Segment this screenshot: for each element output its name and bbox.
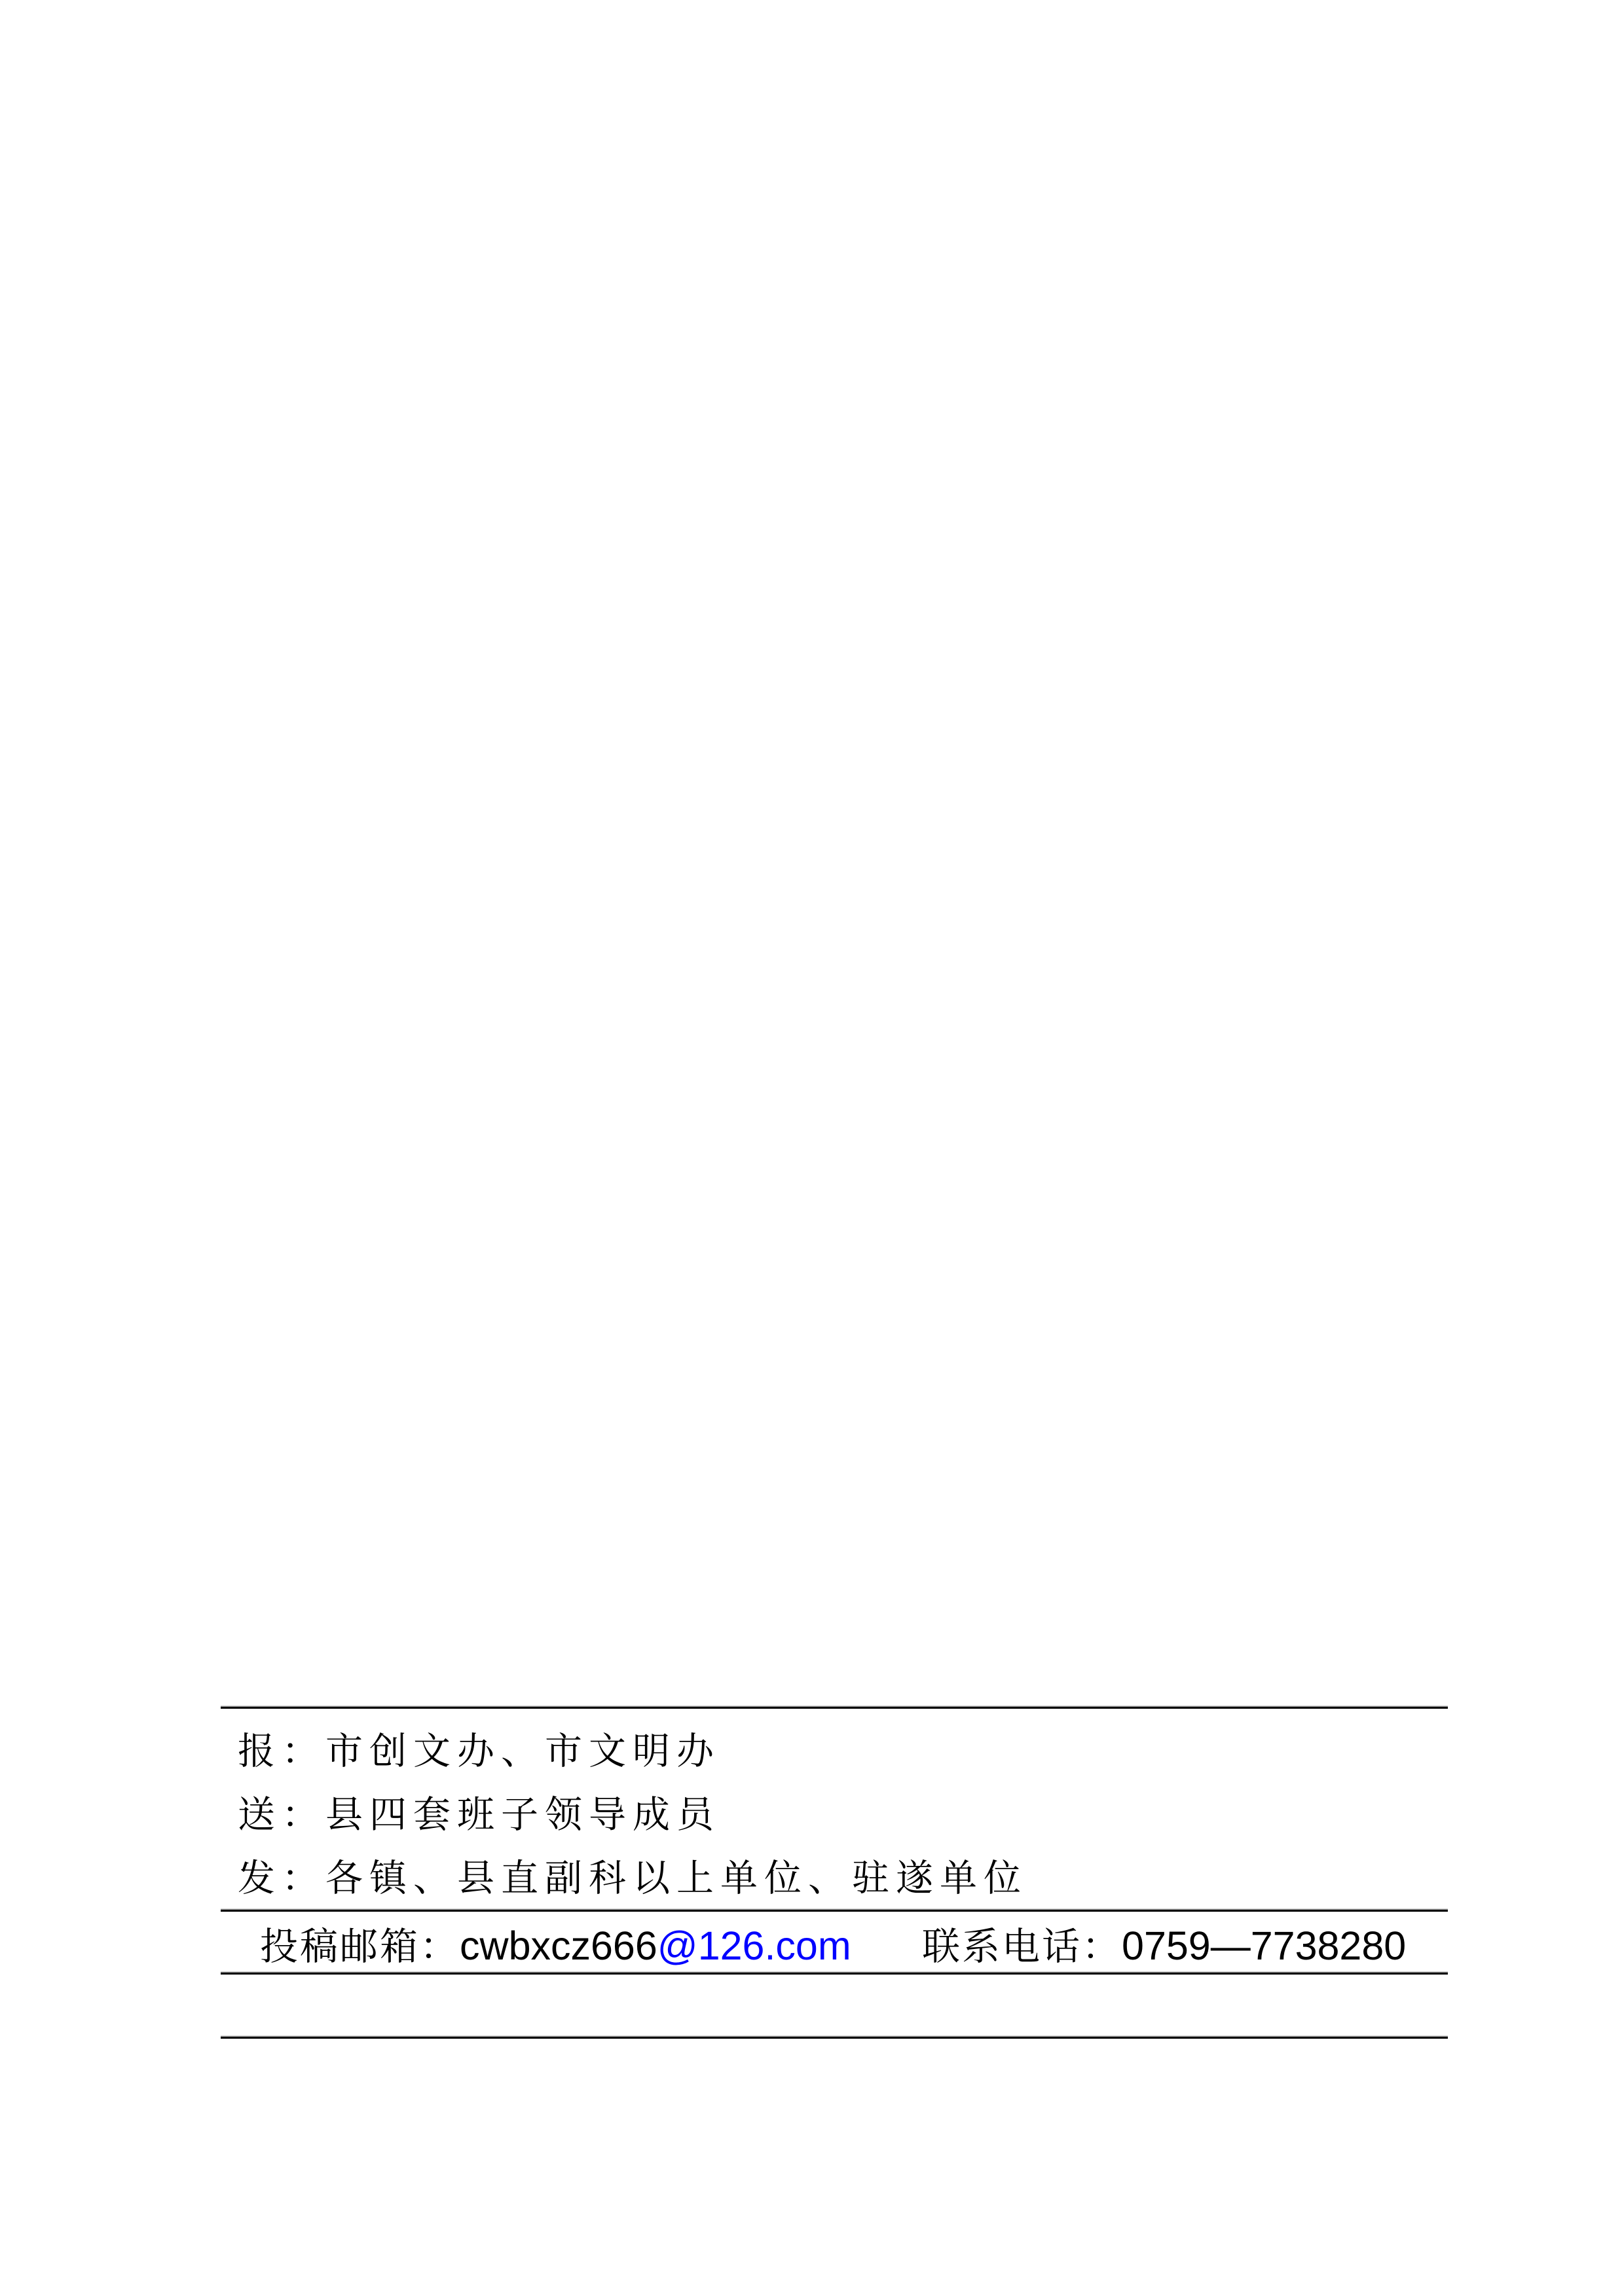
horizontal-rule-above-contact [221, 1910, 1448, 1912]
distribution-list: 报：市创文办、市文明办 送：县四套班子领导成员 发：各镇、县直副科以上单位、驻遂… [238, 1720, 1482, 1910]
email-label: 投稿邮箱： [260, 1925, 460, 1968]
horizontal-rule-below-contact [221, 1973, 1448, 1975]
email-domain-link[interactable]: @126.com [657, 1923, 851, 1968]
distribution-report-line: 报：市创文办、市文明办 [238, 1720, 1482, 1783]
horizontal-rule-top [221, 1707, 1448, 1709]
phone-label: 联系电话： [922, 1925, 1122, 1968]
email-user-part: cwbxcz666 [460, 1923, 657, 1968]
distribution-issue-line: 发：各镇、县直副科以上单位、驻遂单位 [238, 1847, 1482, 1910]
phone-number: 0759—7738280 [1122, 1923, 1406, 1968]
document-page: 报：市创文办、市文明办 送：县四套班子领导成员 发：各镇、县直副科以上单位、驻遂… [0, 0, 1624, 2296]
contact-phone: 联系电话：0759—7738280 [922, 1922, 1406, 1980]
submission-email: 投稿邮箱：cwbxcz666@126.com [260, 1922, 851, 1980]
distribution-send-line: 送：县四套班子领导成员 [238, 1783, 1482, 1847]
horizontal-rule-bottom [221, 2037, 1448, 2039]
